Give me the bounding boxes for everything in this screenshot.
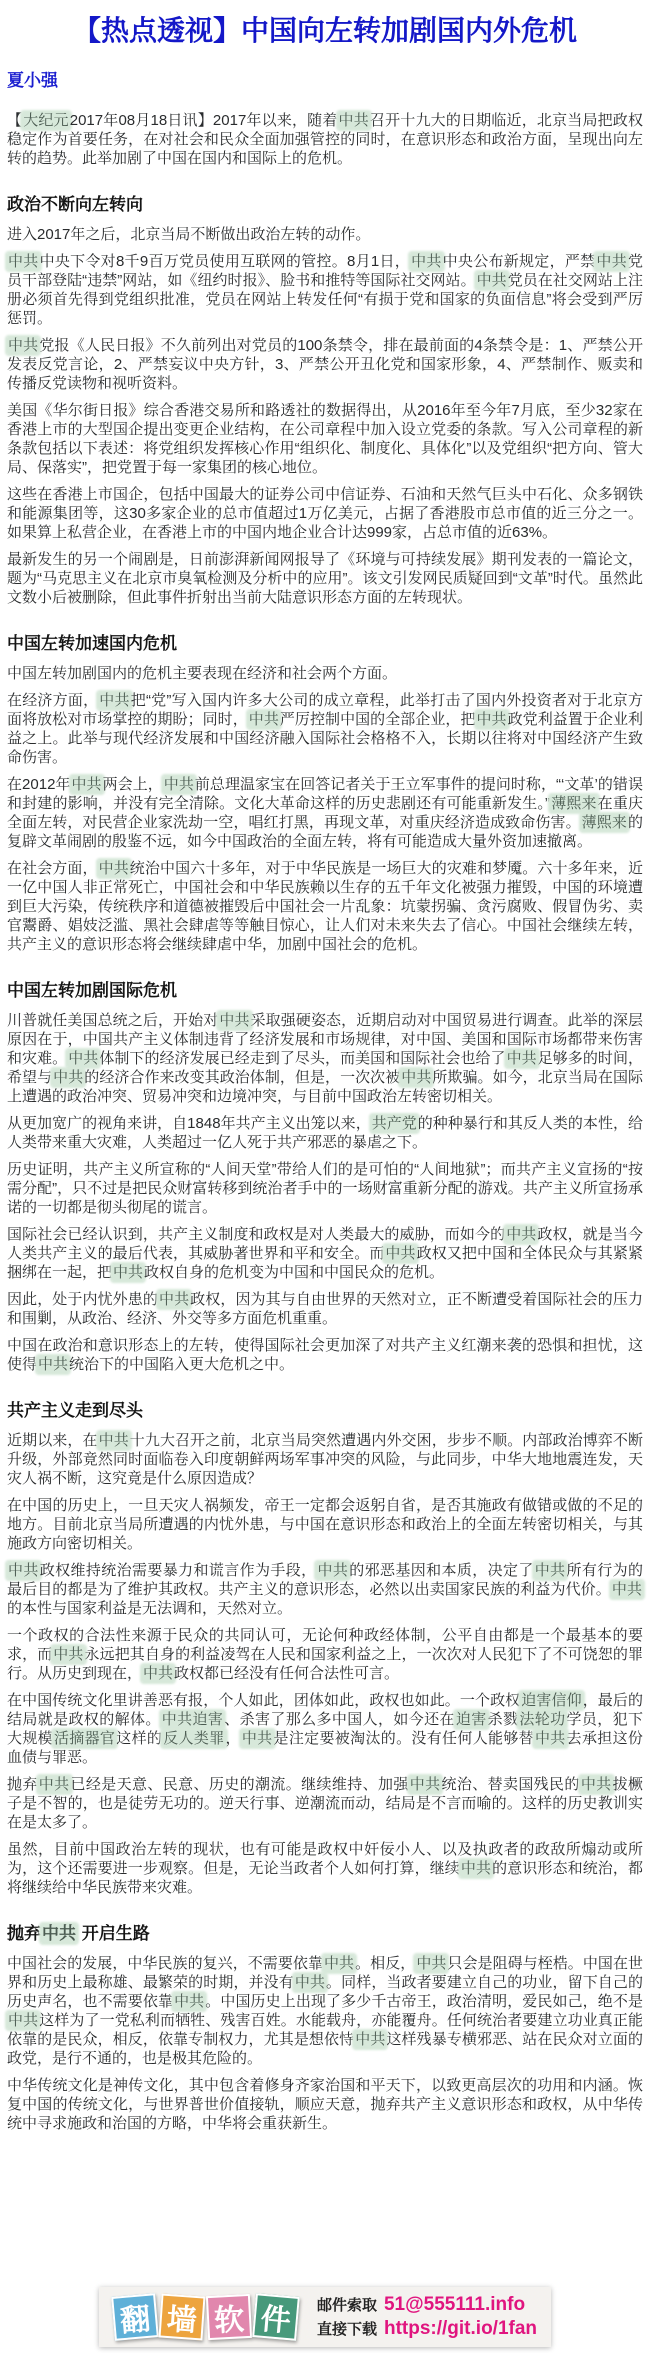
highlighted-term: 中共 xyxy=(7,2012,39,2029)
paragraph: 在2012年中共两会上，中共前总理温家宝在回答记者关于王立军事件的提问时称，“‘… xyxy=(7,775,643,851)
ad-banner[interactable]: 翻墙软件 邮件索取51@555111.info直接下载https://git.i… xyxy=(99,2287,551,2347)
highlighted-term: 中共 xyxy=(41,1924,77,1943)
paragraph: 中共党报《人民日报》不久前列出对党员的100条禁令，排在最前面的4条禁令是：1、… xyxy=(7,336,643,393)
highlighted-term: 中共 xyxy=(98,692,130,709)
highlighted-term: 法轮功 xyxy=(518,1711,566,1728)
paragraph: 从更加宽广的视角来讲，自1848年共产主义出笼以来，共产党的种种暴行和其反人类的… xyxy=(7,1114,643,1152)
highlighted-term: 迫害 xyxy=(455,1711,488,1728)
article-body: 【大纪元2017年08月18日讯】2017年以来，随着中共召开十九大的日期临近，… xyxy=(7,111,643,2133)
highlighted-term: 中共 xyxy=(71,776,103,793)
highlighted-term: 中共 xyxy=(241,1730,274,1747)
paragraph: 因此，处于内忧外患的中共政权，因为其与自由世界的天然对立，正不断遭受着国际社会的… xyxy=(7,1290,643,1328)
highlighted-term: 中共 xyxy=(476,711,508,728)
highlighted-term: 中共 xyxy=(38,1776,71,1793)
highlighted-term: 中共 xyxy=(294,1974,326,1991)
highlighted-term: 中共 xyxy=(67,1050,99,1067)
section-heading: 政治不断向左转向 xyxy=(7,190,643,215)
highlighted-term: 中共 xyxy=(7,1562,40,1579)
paragraph: 在中国传统文化里讲善恶有报，个人如此，团体如此，政权也如此。一个政权迫害信仰，最… xyxy=(7,1691,643,1767)
highlighted-term: 中共 xyxy=(98,860,130,877)
highlighted-term: 中共 xyxy=(112,1264,144,1281)
paragraph: 抛弃中共已经是天意、民意、历史的潮流。继续维持、加强中共统治、替卖国残民的中共拔… xyxy=(7,1775,643,1832)
author-name: 夏小强 xyxy=(7,66,643,91)
paragraph: 这些在香港上市国企，包括中国最大的证券公司中信证券、石油和天然气巨头中石化、众多… xyxy=(7,485,643,542)
highlighted-term: 中共 xyxy=(98,1432,130,1449)
highlighted-term: 中共 xyxy=(7,337,39,354)
highlighted-term: 中共 xyxy=(316,1562,349,1579)
section-heading: 共产主义走到尽头 xyxy=(7,1396,643,1421)
highlighted-term: 中共 xyxy=(323,1955,355,1972)
highlighted-term: 中共 xyxy=(52,1069,84,1086)
highlighted-term: 中共 xyxy=(580,1776,613,1793)
paragraph: 【大纪元2017年08月18日讯】2017年以来，随着中共召开十九大的日期临近，… xyxy=(7,111,643,168)
banner-label: 邮件索取 xyxy=(317,2294,377,2315)
highlighted-term: 中共 xyxy=(248,711,280,728)
highlighted-term: 共产党 xyxy=(371,1115,418,1132)
highlighted-term: 反人类罪 xyxy=(162,1730,225,1747)
paragraph: 近期以来，在中共十九大召开之前，北京当局突然遭遇内外交困，步步不顺。内部政治博弈… xyxy=(7,1431,643,1488)
highlighted-term: 中共 xyxy=(37,1356,69,1373)
banner-link[interactable]: 51@555111.info xyxy=(384,2294,525,2316)
highlighted-term: 中共 xyxy=(163,776,195,793)
highlighted-term: 中共 xyxy=(415,1955,447,1972)
banner-tiles: 翻墙软件 xyxy=(113,2295,301,2339)
paragraph: 历史证明，共产主义所宣称的“人间天堂”带给人们的是可怕的“人间地狱”；而共产主义… xyxy=(7,1160,643,1217)
banner-tile: 翻 xyxy=(111,2293,159,2341)
highlighted-term: 中共迫害 xyxy=(161,1711,225,1728)
highlighted-term: 中共 xyxy=(505,1226,537,1243)
paragraph: 美国《华尔街日报》综合香港交易所和路透社的数据得出，从2016年至今年7月底，至… xyxy=(7,401,643,477)
paragraph: 虽然，目前中国政治左转的现状，也有可能是政权中奸佞小人、以及执政者的政敌所煽动或… xyxy=(7,1840,643,1897)
paragraph: 国际社会已经认识到，共产主义制度和政权是对人类最大的威胁，而如今的中共政权，就是… xyxy=(7,1225,643,1282)
section-heading: 中国左转加速国内危机 xyxy=(7,629,643,654)
highlighted-term: 中共 xyxy=(384,1245,416,1262)
paragraph: 中共中央下令对8千9百万党员使用互联网的管控。8月1日，中共中央公布新规定，严禁… xyxy=(7,252,643,328)
paragraph: 在中国的历史上，一旦天灾人祸频发，帝王一定都会返躬自省，是否其施政有做错或做的不… xyxy=(7,1496,643,1553)
paragraph: 中华传统文化是神传文化，其中包含着修身齐家治国和平天下，以致更高层次的功用和内涵… xyxy=(7,2076,643,2133)
highlighted-term: 中共 xyxy=(409,1776,442,1793)
banner-link[interactable]: https://git.io/1fan xyxy=(384,2318,537,2340)
paragraph: 在经济方面，中共把“党”写入国内许多大公司的成立章程，此举打击了国内外投资者对于… xyxy=(7,691,643,767)
banner-container: 翻墙软件 邮件索取51@555111.info直接下载https://git.i… xyxy=(0,2287,650,2347)
highlighted-term: 大纪元 xyxy=(22,112,70,129)
highlighted-term: 中共 xyxy=(158,1291,190,1308)
highlighted-term: 迫害信仰 xyxy=(520,1692,582,1709)
paragraph: 中国在政治和意识形态上的左转，使得国际社会更加深了对共产主义红潮来袭的恐惧和担忧… xyxy=(7,1336,643,1374)
section-heading: 抛弃中共 开启生路 xyxy=(7,1919,643,1944)
highlighted-term: 中共 xyxy=(534,1562,567,1579)
paragraph: 中共政权维持统治需要暴力和谎言作为手段，中共的邪恶基因和本质，决定了中共所有行为… xyxy=(7,1561,643,1618)
highlighted-term: 中共 xyxy=(52,1646,84,1663)
highlighted-term: 中共 xyxy=(460,1860,492,1877)
highlighted-term: 中共 xyxy=(506,1050,538,1067)
highlighted-term: 中共 xyxy=(142,1665,174,1682)
highlighted-term: 中共 xyxy=(534,1730,567,1747)
highlighted-term: 中共 xyxy=(7,253,40,270)
section-heading: 中国左转加剧国际危机 xyxy=(7,976,643,1001)
article-page: 【热点透视】中国向左转加剧国内外危机 夏小强 【大纪元2017年08月18日讯】… xyxy=(0,0,650,2353)
paragraph: 进入2017年之后，北京当局不断做出政治左转的动作。 xyxy=(7,225,643,244)
highlighted-term: 中共 xyxy=(595,253,628,270)
banner-tile: 软 xyxy=(206,2294,252,2340)
highlighted-term: 薄熙来 xyxy=(550,795,598,812)
highlighted-term: 活摘器官 xyxy=(53,1730,116,1747)
paragraph: 中国左转加剧国内的危机主要表现在经济和社会两个方面。 xyxy=(7,664,643,683)
banner-label: 直接下载 xyxy=(317,2318,377,2339)
paragraph: 一个政权的合法性来源于民众的共同认可，无论何种政经体制，公平自由都是一个最基本的… xyxy=(7,1626,643,1683)
paragraph: 最新发生的另一个闹剧是，日前澎湃新闻网报导了《环境与可持续发展》期刊发表的一篇论… xyxy=(7,550,643,607)
banner-info: 邮件索取51@555111.info直接下载https://git.io/1fa… xyxy=(317,2294,537,2340)
highlighted-term: 中共 xyxy=(173,1993,205,2010)
paragraph: 中国社会的发展，中华民族的复兴，不需要依靠中共。相反，中共只会是阻碍与桎梏。中国… xyxy=(7,1954,643,2068)
paragraph: 川普就任美国总统之后，开始对中共采取强硬姿态，近期启动对中国贸易进行调查。此举的… xyxy=(7,1011,643,1106)
highlighted-term: 中共 xyxy=(476,272,508,289)
banner-tile: 件 xyxy=(252,2293,300,2341)
paragraph: 在社会方面，中共统治中国六十多年，对于中华民族是一场巨大的灾难和梦魇。六十多年来… xyxy=(7,859,643,954)
highlighted-term: 中共 xyxy=(400,1069,432,1086)
page-title: 【热点透视】中国向左转加剧国内外危机 xyxy=(7,14,643,48)
highlighted-term: 中共 xyxy=(354,2031,386,2048)
highlighted-term: 中共 xyxy=(611,1581,643,1598)
highlighted-term: 中共 xyxy=(218,1012,250,1029)
highlighted-term: 中共 xyxy=(410,253,443,270)
highlighted-term: 中共 xyxy=(338,112,370,129)
banner-tile: 墙 xyxy=(158,2294,205,2341)
highlighted-term: 薄熙来 xyxy=(581,814,628,831)
